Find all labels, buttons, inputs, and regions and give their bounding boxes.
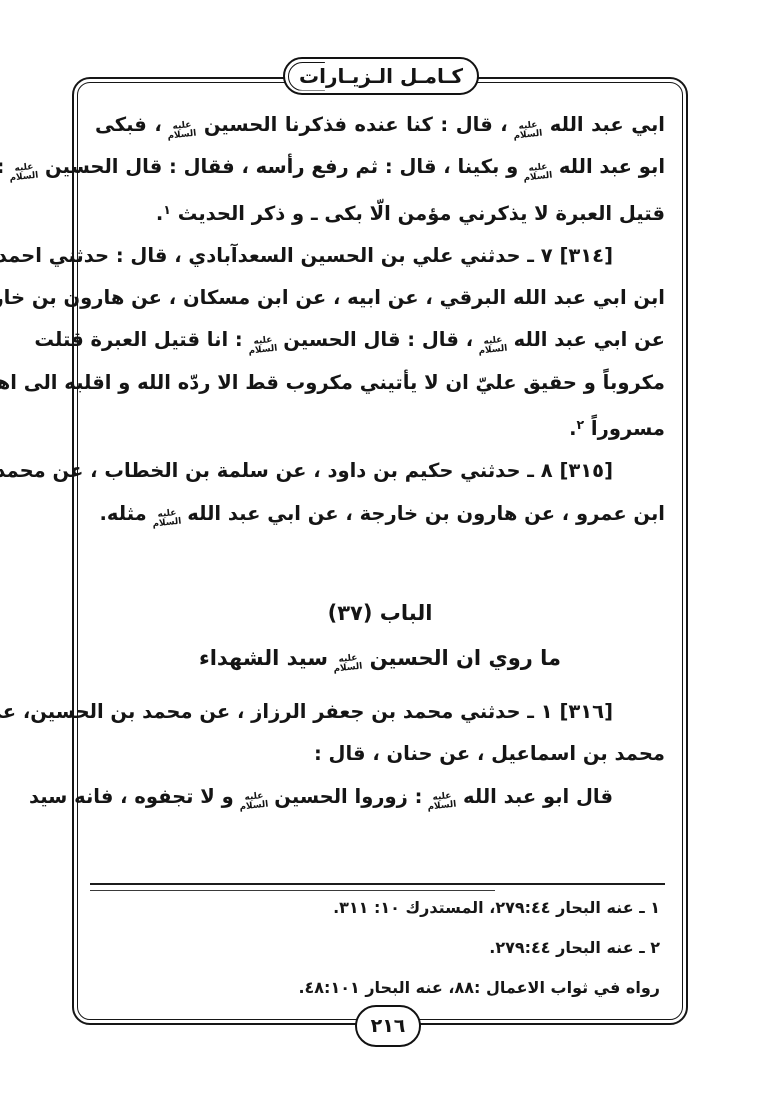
hadith-paragraph: [٣١٦] ١ ـ حدثني محمد بن جعفر الرزاز ، عن… <box>95 691 665 776</box>
text-line: قتيل العبرة لا يذكرني مؤمن الّا بكى ـ و … <box>95 189 665 235</box>
text-line: [٣١٤] ٧ ـ حدثني علي بن الحسين السعدآبادي… <box>95 235 665 277</box>
alayhis-salam-honorific: عليه السلام <box>249 336 278 356</box>
text-column: ابي عبد الله عليه السلام ، قال : كنا عند… <box>95 104 665 818</box>
hadith-paragraph: [٣١٥] ٨ ـ حدثني حكيم بن داود ، عن سلمة ب… <box>95 450 665 535</box>
footnote-reference-marker: ٢ <box>576 417 584 432</box>
text-line: ابي عبد الله عليه السلام ، قال : كنا عند… <box>95 104 665 146</box>
text-line: ابن عمرو ، عن هارون بن خارجة ، عن ابي عب… <box>95 493 665 535</box>
alayhis-salam-honorific: عليه السلام <box>169 120 198 140</box>
text-line: مكروباً و حقيق عليّ ان لا يأتيني مكروب ق… <box>95 362 665 404</box>
alayhis-salam-honorific: عليه السلام <box>335 654 364 674</box>
page-number-badge: ٢١٦ <box>355 1005 421 1047</box>
text-line: عن ابي عبد الله عليه السلام ، قال : قال … <box>95 319 665 361</box>
text-line: ابو عبد الله عليه السلام و بكينا ، قال :… <box>95 146 665 188</box>
footnote-reference-marker: ١ <box>163 202 171 217</box>
hadith-paragraph: ابي عبد الله عليه السلام ، قال : كنا عند… <box>95 104 665 235</box>
book-title-badge: كـامـل الـزيـارات <box>283 57 479 95</box>
footnote-separator-rule <box>90 883 665 885</box>
footnote: ١ ـ عنه البحار ٢٧٩:٤٤، المستدرك ١٠: ٣١١. <box>95 888 660 928</box>
text-line: الباب (٣٧) <box>95 591 665 636</box>
text-line: قال ابو عبد الله عليه السلام : زوروا الح… <box>95 776 665 818</box>
text-line: مسروراً ٢. <box>95 404 665 450</box>
alayhis-salam-honorific: عليه السلام <box>479 336 508 356</box>
alayhis-salam-honorific: عليه السلام <box>514 120 543 140</box>
text-line: [٣١٦] ١ ـ حدثني محمد بن جعفر الرزاز ، عن… <box>95 691 665 733</box>
footnotes-block: ١ ـ عنه البحار ٢٧٩:٤٤، المستدرك ١٠: ٣١١.… <box>95 888 660 1008</box>
alayhis-salam-honorific: عليه السلام <box>153 509 182 529</box>
text-line: [٣١٥] ٨ ـ حدثني حكيم بن داود ، عن سلمة ب… <box>95 450 665 492</box>
footnote: ٢ ـ عنه البحار ٢٧٩:٤٤. <box>95 928 660 968</box>
text-line: محمد بن اسماعيل ، عن حنان ، قال : <box>95 733 665 775</box>
text-line: ما روي ان الحسين عليه السلام سيد الشهداء <box>95 636 665 681</box>
text-line: ابن ابي عبد الله البرقي ، عن ابيه ، عن ا… <box>95 277 665 319</box>
book-title: كـامـل الـزيـارات <box>299 64 463 88</box>
chapter-heading: الباب (٣٧)ما روي ان الحسين عليه السلام س… <box>95 591 665 681</box>
footnote: رواه في ثواب الاعمال :٨٨، عنه البحار ٤٨:… <box>95 968 660 1008</box>
hadith-paragraph: قال ابو عبد الله عليه السلام : زوروا الح… <box>95 776 665 818</box>
alayhis-salam-honorific: عليه السلام <box>524 162 553 182</box>
alayhis-salam-honorific: عليه السلام <box>428 792 457 812</box>
book-page-scan: { "page": { "header_title": "كـامـل الـز… <box>0 0 776 1099</box>
alayhis-salam-honorific: عليه السلام <box>10 162 39 182</box>
page-number: ٢١٦ <box>371 1015 406 1037</box>
hadith-paragraph: [٣١٤] ٧ ـ حدثني علي بن الحسين السعدآبادي… <box>95 235 665 450</box>
alayhis-salam-honorific: عليه السلام <box>240 792 269 812</box>
